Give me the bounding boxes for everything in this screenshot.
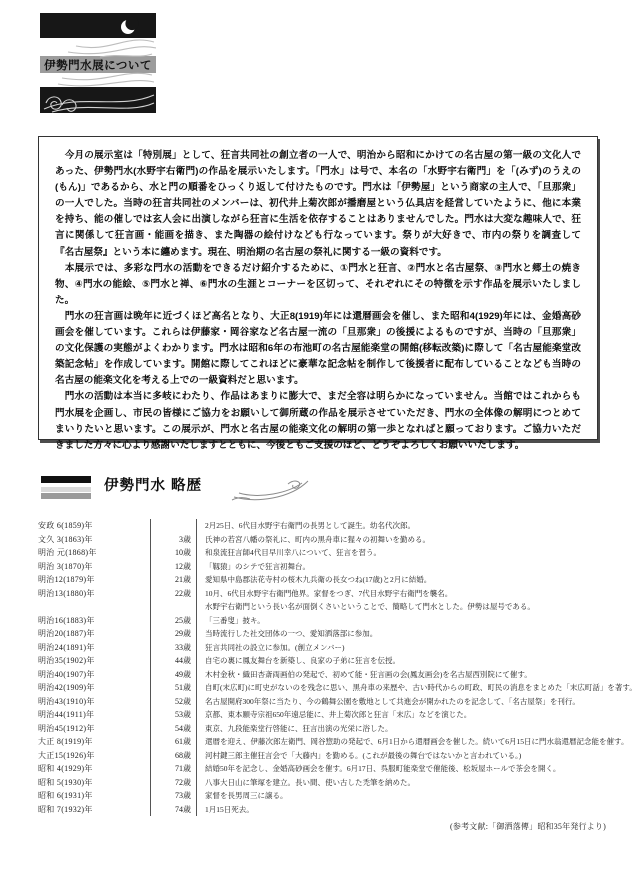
chronology-year: 明治20(1887)年: [36, 627, 150, 641]
chronology-description: 自町(末広町)に町史がないのを残念に思い、黒舟車の来歴や、古い時代からの町政、町…: [197, 681, 637, 695]
chronology-year: 明治13(1880)年: [36, 587, 150, 614]
masthead-art: 伊勢門水展について: [40, 13, 156, 113]
chronology-row: 昭和 7(1932)年74歳1月15日死去。: [36, 803, 606, 817]
masthead-black-band-bottom: [40, 87, 156, 113]
chronology-rows: 安政 6(1859)年2月25日、6代目水野宇右衛門の長男として誕生。幼名代次郎…: [36, 519, 606, 816]
intro-paragraphs: 今月の展示室は「特別展」として、狂言共同社の創立者の一人で、明治から昭和にかけて…: [55, 148, 581, 454]
chronology-description: 「三番叟」披キ。: [197, 614, 606, 628]
triple-bar-ornament-icon: [41, 474, 91, 499]
chronology-row: 明治35(1902)年44歳自宅の裏に鳳友舞台を新築し、良家の子弟に狂言を伝授。: [36, 654, 606, 668]
chronology-age: 68歳: [150, 749, 197, 763]
chronology-description: 和泉流狂言師4代目早川幸八について、狂言を習う。: [197, 546, 606, 560]
masthead-title-band: 伊勢門水展について: [40, 56, 156, 73]
chronology-year: 明治 元(1868)年: [36, 546, 150, 560]
chronology-row: 明治45(1912)年54歳東京、九段能楽堂行啓能に、狂言出演の光栄に浴した。: [36, 722, 606, 736]
chronology-row: 明治43(1910)年52歳名古屋開府300年祭に当たり、今の鶴舞公園を敷地とし…: [36, 695, 606, 709]
chronology-year: 大正 8(1919)年: [36, 735, 150, 749]
chronology-description: 愛知県中島郡法花寺村の桜木九兵衛の長女つね(17歳)と2月に結婚。: [197, 573, 606, 587]
chronology-description: 八事大日山に筆塚を建立。長い間、使い古した禿筆を納めた。: [197, 776, 606, 790]
chronology-year: 明治44(1911)年: [36, 708, 150, 722]
chronology-age: 52歳: [150, 695, 197, 709]
chronology-description: 名古屋開府300年祭に当たり、今の鶴舞公園を敷地として共進会が開かれたのを記念し…: [197, 695, 606, 709]
chronology-age: 33歳: [150, 641, 197, 655]
chronology-row: 明治44(1911)年53歳京都、東本願寺宗祖650年遠忌能に、井上菊次郎と狂言…: [36, 708, 606, 722]
chronology-year: 明治40(1907)年: [36, 668, 150, 682]
chronology-row: 昭和 5(1930)年72歳八事大日山に筆塚を建立。長い間、使い古した禿筆を納め…: [36, 776, 606, 790]
chronology-age: 44歳: [150, 654, 197, 668]
reference-note: (参考文献:「御洒落傳」昭和35年発行より): [36, 821, 606, 832]
intro-text-box: 今月の展示室は「特別展」として、狂言共同社の創立者の一人で、明治から昭和にかけて…: [38, 136, 598, 440]
chronology-year: 明治35(1902)年: [36, 654, 150, 668]
chronology-age: 22歳: [150, 587, 197, 614]
chronology-age: [150, 519, 197, 533]
chronology-description: 「靱猿」のシテで狂言初舞台。: [197, 560, 606, 574]
chronology-description: 狂言共同社の設立に参加。(創立メンバー): [197, 641, 606, 655]
chronology-year: 昭和 7(1932)年: [36, 803, 150, 817]
chronology-row: 明治 元(1868)年10歳和泉流狂言師4代目早川幸八について、狂言を習う。: [36, 546, 606, 560]
chronology-row: 明治 3(1870)年12歳「靱猿」のシテで狂言初舞台。: [36, 560, 606, 574]
bar-light: [41, 487, 91, 492]
chronology-description: 還暦を迎え、伊藤次郎左衛門、岡谷惣助の発起で、6月1日から還暦画会を催した。続い…: [197, 735, 628, 749]
chronology-description: 1月15日死去。: [197, 803, 606, 817]
chronology-description: 2月25日、6代目水野宇右衛門の長男として誕生。幼名代次郎。: [197, 519, 606, 533]
chronology-description: 家督を長男周三に譲る。: [197, 789, 606, 803]
chronology-description: 当時流行した社交団体の一つ、愛知洒落部に参加。: [197, 627, 606, 641]
chronology-row: 明治42(1909)年51歳自町(末広町)に町史がないのを残念に思い、黒舟車の来…: [36, 681, 606, 695]
masthead-gap: [40, 38, 156, 56]
chronology-row: 安政 6(1859)年2月25日、6代目水野宇右衛門の長男として誕生。幼名代次郎…: [36, 519, 606, 533]
chronology-age: 10歳: [150, 546, 197, 560]
chronology-year: 大正15(1926)年: [36, 749, 150, 763]
chronology-age: 71歳: [150, 762, 197, 776]
ribbon-swirl-art-icon: [230, 476, 312, 504]
page-title: 伊勢門水展について: [44, 57, 152, 73]
chronology-year: 安政 6(1859)年: [36, 519, 150, 533]
chronology-year: 明治45(1912)年: [36, 722, 150, 736]
masthead-gap: [40, 73, 156, 87]
bar-mid: [41, 493, 91, 499]
chronology-description: 河村鍵三郎主催狂言会で「大藤内」を勤める。(これが最後の舞台ではないかと言われて…: [197, 749, 606, 763]
chronology-age: 72歳: [150, 776, 197, 790]
chronology-age: 29歳: [150, 627, 197, 641]
chronology-row: 明治12(1879)年21歳愛知県中島郡法花寺村の桜木九兵衛の長女つね(17歳)…: [36, 573, 606, 587]
chronology-year: 昭和 6(1931)年: [36, 789, 150, 803]
chronology-row: 明治24(1891)年33歳狂言共同社の設立に参加。(創立メンバー): [36, 641, 606, 655]
bar-black: [41, 476, 91, 483]
intro-paragraph: 門水の活動は本当に多岐にわたり、作品はあまりに膨大で、まだ全容は明らかになってい…: [55, 389, 581, 453]
chronology-age: 25歳: [150, 614, 197, 628]
chronology-description: 氏神の若宮八幡の祭礼に、町内の黒舟車に猩々の初舞いを勤める。: [197, 533, 606, 547]
chronology-year: 文久 3(1863)年: [36, 533, 150, 547]
chronology-row: 明治13(1880)年22歳10月、6代目水野宇右衛門他界。家督をつぎ、7代目水…: [36, 587, 606, 614]
chronology-year: 明治24(1891)年: [36, 641, 150, 655]
chronology-age: 74歳: [150, 803, 197, 817]
chronology-age: 61歳: [150, 735, 197, 749]
chronology-year: 明治12(1879)年: [36, 573, 150, 587]
intro-paragraph: 今月の展示室は「特別展」として、狂言共同社の創立者の一人で、明治から昭和にかけて…: [55, 148, 581, 261]
chronology-year: 昭和 5(1930)年: [36, 776, 150, 790]
chronology-description: 10月、6代目水野宇右衛門他界。家督をつぎ、7代目水野宇右衛門を襲名。 水野宇右…: [197, 587, 606, 614]
chronology-age: 12歳: [150, 560, 197, 574]
chronology-row: 明治16(1883)年25歳「三番叟」披キ。: [36, 614, 606, 628]
chronology-year: 明治42(1909)年: [36, 681, 150, 695]
chronology-row: 昭和 6(1931)年73歳家督を長男周三に譲る。: [36, 789, 606, 803]
chronology-year: 明治43(1910)年: [36, 695, 150, 709]
chronology-year: 明治16(1883)年: [36, 614, 150, 628]
chronology-description: 自宅の裏に鳳友舞台を新築し、良家の子弟に狂言を伝授。: [197, 654, 606, 668]
document-page: 伊勢門水展について: [0, 0, 640, 880]
chronology-description: 結婚50年を記念し、金婚高砂画会を催す。6月17日、呉服町能楽堂で催能後、松坂屋…: [197, 762, 606, 776]
chronology-description: 東京、九段能楽堂行啓能に、狂言出演の光栄に浴した。: [197, 722, 606, 736]
chronology-row: 明治20(1887)年29歳当時流行した社交団体の一つ、愛知洒落部に参加。: [36, 627, 606, 641]
chronology-age: 49歳: [150, 668, 197, 682]
masthead-black-band-top: [40, 13, 156, 38]
chronology-description: 木村金秋・織田杏斎両画伯の発起で、初めて能・狂言画の会(鳳友画会)を名古屋西別院…: [197, 668, 606, 682]
history-section-header: 伊勢門水 略歴: [41, 474, 312, 504]
chronology-row: 文久 3(1863)年3歳氏神の若宮八幡の祭礼に、町内の黒舟車に猩々の初舞いを勤…: [36, 533, 606, 547]
chronology-age: 73歳: [150, 789, 197, 803]
chronology-age: 54歳: [150, 722, 197, 736]
intro-paragraph: 本展示では、多彩な門水の活動をできるだけ紹介するために、①門水と狂言、②門水と名…: [55, 261, 581, 309]
chronology-row: 大正 8(1919)年61歳還暦を迎え、伊藤次郎左衛門、岡谷惣助の発起で、6月1…: [36, 735, 606, 749]
chronology-row: 大正15(1926)年68歳河村鍵三郎主催狂言会で「大藤内」を勤める。(これが最…: [36, 749, 606, 763]
chronology-row: 明治40(1907)年49歳木村金秋・織田杏斎両画伯の発起で、初めて能・狂言画の…: [36, 668, 606, 682]
chronology-age: 21歳: [150, 573, 197, 587]
history-section-title: 伊勢門水 略歴: [104, 474, 202, 495]
chronology-table: 安政 6(1859)年2月25日、6代目水野宇右衛門の長男として誕生。幼名代次郎…: [36, 519, 606, 832]
chronology-age: 53歳: [150, 708, 197, 722]
chronology-age: 51歳: [150, 681, 197, 695]
chronology-year: 明治 3(1870)年: [36, 560, 150, 574]
chronology-age: 3歳: [150, 533, 197, 547]
chronology-description: 京都、東本願寺宗祖650年遠忌能に、井上菊次郎と狂言「末広」などを演じた。: [197, 708, 606, 722]
chronology-row: 昭和 4(1929)年71歳結婚50年を記念し、金婚高砂画会を催す。6月17日、…: [36, 762, 606, 776]
chronology-year: 昭和 4(1929)年: [36, 762, 150, 776]
intro-paragraph: 門水の狂言画は晩年に近づくほど高名となり、大正8(1919)年には還暦画会を催し…: [55, 309, 581, 389]
